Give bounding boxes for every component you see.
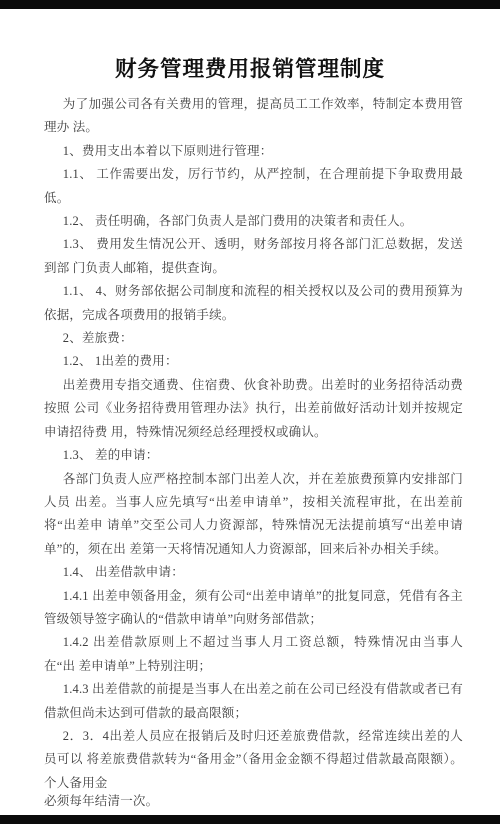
paragraph: 1.1、 工作需要出发，厉行节约，从严控制，在合理前提下争取费用最低。 <box>44 163 463 210</box>
paragraph: 1.4、 出差借款申请： <box>44 561 463 584</box>
document-body: 为了加强公司各有关费用的管理，提高员工工作效率，特制定本费用管理办 法。1、费用… <box>0 84 500 814</box>
top-letterbox-bar <box>0 0 500 9</box>
bottom-letterbox-bar <box>0 815 500 824</box>
paragraph: 2．3．4出差人员应在报销后及时归还差旅费借款，经常连续出差的人员可以 将差旅费… <box>44 725 463 795</box>
paragraph: 1.1、 4、财务部依据公司制度和流程的相关授权以及公司的费用预算为依据，完成各… <box>44 280 463 327</box>
paragraph: 1.3、 费用发生情况公开、透明，财务部按月将各部门汇总数据，发送到部 门负责人… <box>44 233 463 280</box>
paragraph: 出差费用专指交通费、住宿费、伙食补助费。出差时的业务招待活动费按照 公司《业务招… <box>44 374 463 444</box>
paragraph: 各部门负责人应严格控制本部门出差人次，并在差旅费预算内安排部门人员 出差。当事人… <box>44 468 463 562</box>
paragraph: 1.4.1 出差申领备用金，须有公司“出差申请单”的批复同意，凭借有各主 管级领… <box>44 585 463 632</box>
paragraph: 必须每年结清一次。 <box>44 790 463 813</box>
paragraph: 1.4.2 出差借款原则上不超过当事人月工资总额，特殊情况由当事人在“出 差申请… <box>44 631 463 678</box>
paragraph: 1.4.3 出差借款的前提是当事人在出差之前在公司已经没有借款或者已有 借款但尚… <box>44 678 463 725</box>
paragraph: 2、差旅费： <box>44 327 463 350</box>
paragraph: 1.2、 责任明确，各部门负责人是部门费用的决策者和责任人。 <box>44 210 463 233</box>
paragraph: 1、费用支出本着以下原则进行管理： <box>44 140 463 163</box>
paragraph: 为了加强公司各有关费用的管理，提高员工工作效率，特制定本费用管理办 法。 <box>44 93 463 140</box>
document-page: 财务管理费用报销管理制度 为了加强公司各有关费用的管理，提高员工工作效率，特制定… <box>0 0 500 824</box>
paragraph: 1.3、 差的申请： <box>44 444 463 467</box>
page-title: 财务管理费用报销管理制度 <box>0 0 500 84</box>
paragraph: 1.2、 1出差的费用： <box>44 350 463 373</box>
